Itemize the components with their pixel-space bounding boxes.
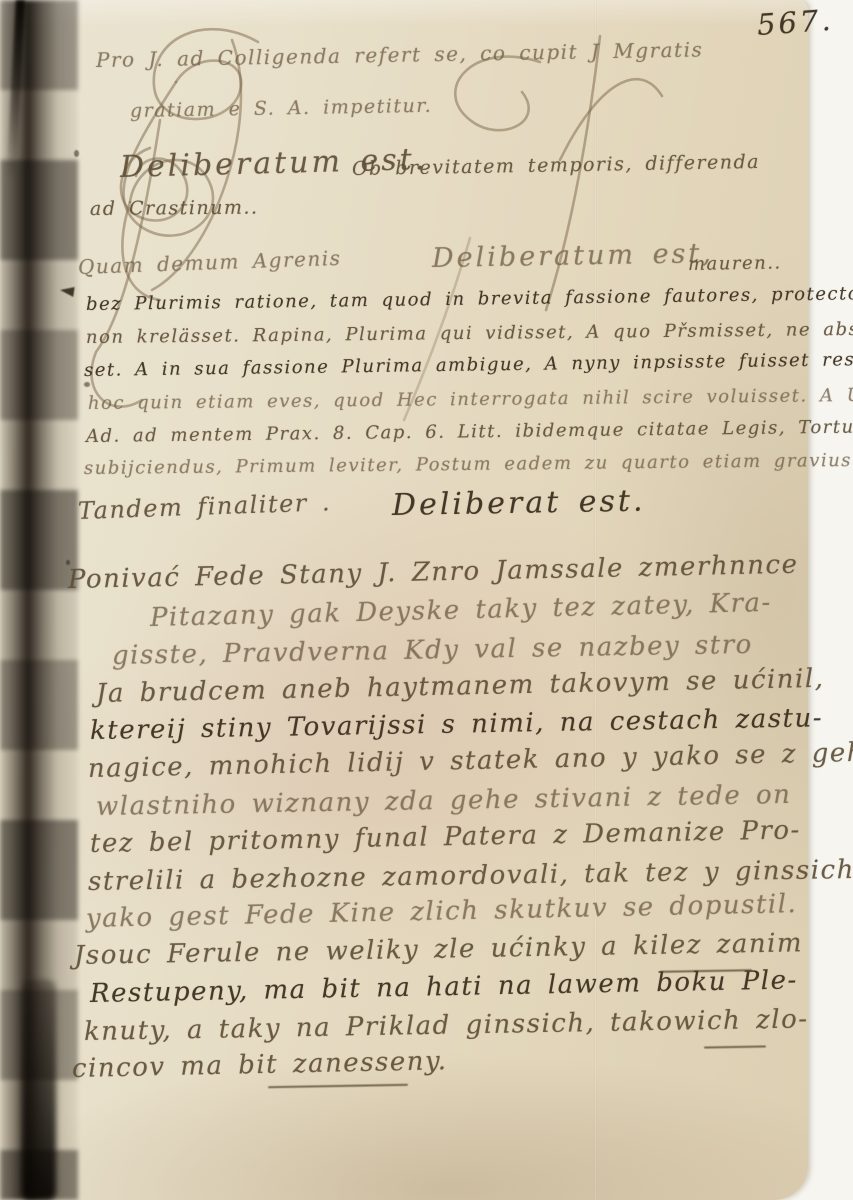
page-number: 567.	[756, 3, 835, 42]
ink-speck	[74, 150, 79, 157]
heading-line2: ad Crastinum..	[90, 197, 259, 220]
binding-edge-bottom	[22, 980, 56, 1200]
interim-big: Deliberat est.	[392, 484, 646, 523]
margin-arrow-mark	[59, 285, 74, 297]
latin-intro-right: mauren..	[688, 252, 782, 275]
manuscript-scan: 567. Pro J. ad Colligenda refert se, co …	[0, 0, 853, 1200]
latin-intro-big: Deliberatum est,	[432, 238, 714, 274]
ink-speck	[84, 382, 90, 387]
